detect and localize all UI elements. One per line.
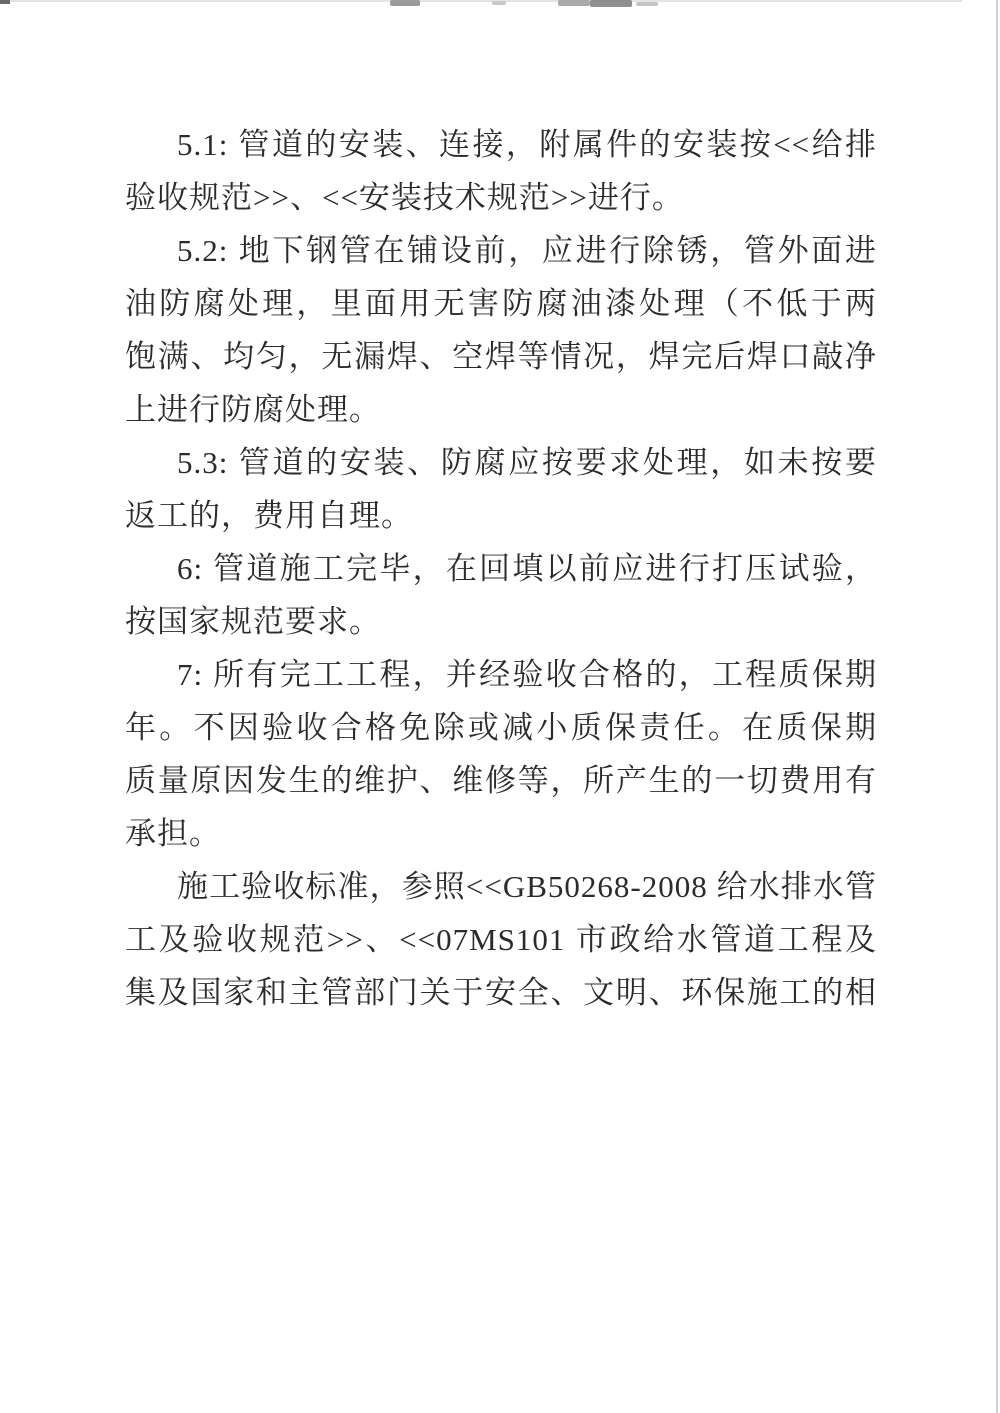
paragraph-line: 年。不因验收合格免除或减小质保责任。在质保期内，如因施工 [125, 701, 877, 754]
paragraph-line: 油防腐处理，里面用无害防腐油漆处理（不低于两遍）。焊口要 [125, 277, 877, 330]
scan-smudge-artifact [590, 0, 632, 7]
paragraph-line: 返工的，费用自理。 [125, 489, 877, 542]
paragraph-line: 承担。 [125, 807, 877, 860]
paragraph-line: 质量原因发生的维护、维修等，所产生的一切费用有原施工单位 [125, 754, 877, 807]
paragraph-line: 5.3: 管道的安装、防腐应按要求处理，如未按要求处理需 [125, 436, 877, 489]
paragraph-line: 5.2: 地下钢管在铺设前，应进行除锈，管外面进行两布三 [125, 224, 877, 277]
paragraph-line: 上进行防腐处理。 [125, 383, 877, 436]
paragraph-line: 饱满、均匀，无漏焊、空焊等情况，焊完后焊口敲净焊渣，同以 [125, 330, 877, 383]
paragraph-line: 集及国家和主管部门关于安全、文明、环保施工的相关要求。 [125, 966, 877, 1019]
scan-smudge-artifact [492, 1, 506, 5]
paragraph-line: 工及验收规范>>、<<07MS101 市政给水管道工程及附属设施>>图 [125, 913, 877, 966]
scan-right-edge-artifact [996, 0, 998, 1413]
paragraph-line: 5.1: 管道的安装、连接，附属件的安装按<<给排水施工、 [125, 118, 877, 171]
document-body: 5.1: 管道的安装、连接，附属件的安装按<<给排水施工、验收规范>>、<<安装… [125, 118, 877, 1019]
paragraph-line: 6: 管道施工完毕，在回填以前应进行打压试验，执行标准 [125, 542, 877, 595]
scanned-document-page: 5.1: 管道的安装、连接，附属件的安装按<<给排水施工、验收规范>>、<<安装… [0, 0, 1000, 1413]
scan-top-edge-artifact [0, 0, 962, 2]
paragraph-line: 7: 所有完工工程，并经验收合格的，工程质保期要求为两 [125, 648, 877, 701]
scan-corner-mark-artifact [0, 0, 10, 4]
paragraph-line: 施工验收标准，参照<<GB50268-2008 给水排水管道工程施 [125, 860, 877, 913]
paragraph-line: 验收规范>>、<<安装技术规范>>进行。 [125, 171, 877, 224]
scan-smudge-artifact [558, 0, 590, 6]
scan-smudge-artifact [390, 0, 420, 6]
paragraph-line: 按国家规范要求。 [125, 595, 877, 648]
scan-smudge-artifact [636, 2, 658, 6]
